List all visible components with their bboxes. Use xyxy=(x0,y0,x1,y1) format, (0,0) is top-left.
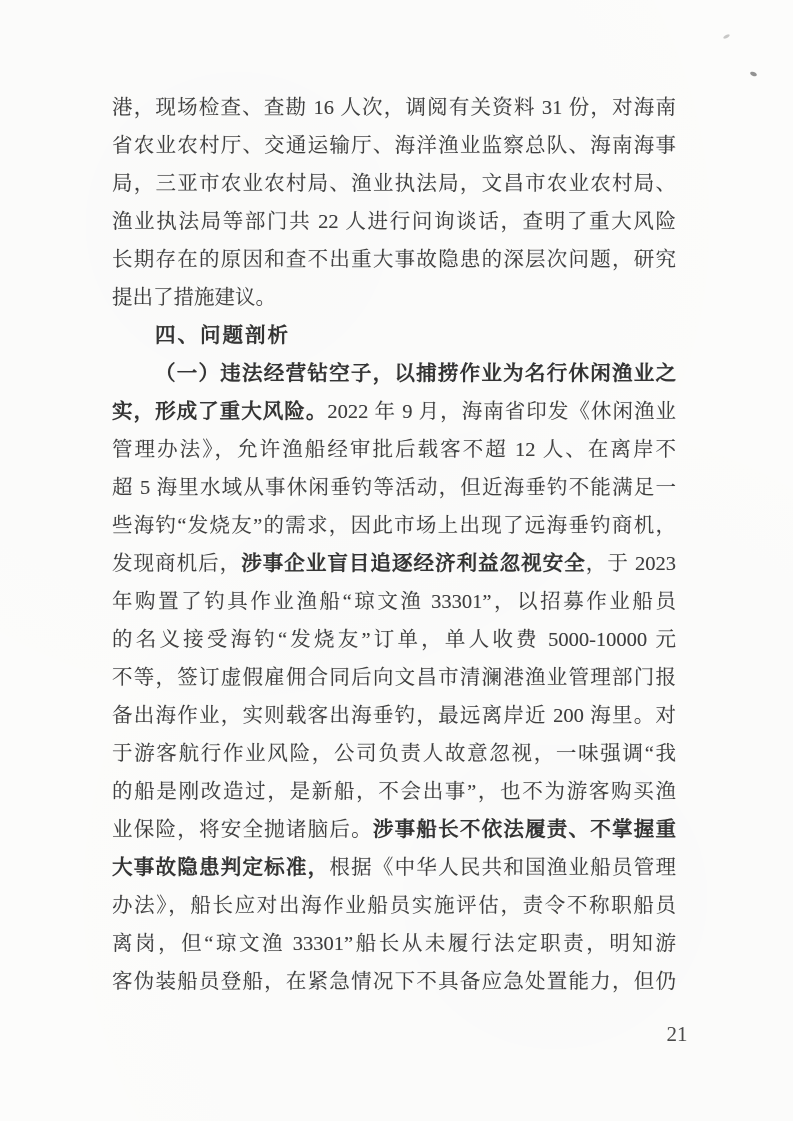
text-line: 的船是刚改造过，是新船，不会出事”，也不为游客购买渔 xyxy=(112,773,676,811)
text-line: 实，形成了重大风险。2022 年 9 月，海南省印发《休闲渔业 xyxy=(112,393,676,431)
body-text: 省农业农村厅、交通运输厅、海洋渔业监察总队、海南海事 xyxy=(112,135,676,157)
text-line: 管理办法》，允许渔船经审批后载客不超 12 人、在离岸不 xyxy=(112,431,676,469)
text-line: 大事故隐患判定标准，根据《中华人民共和国渔业船员管理 xyxy=(112,849,676,887)
scan-speck xyxy=(750,71,758,77)
body-text: 的船是刚改造过，是新船，不会出事”，也不为游客购买渔 xyxy=(112,781,676,803)
scan-speck xyxy=(723,34,731,40)
body-text: 客伪装船员登船，在紧急情况下不具备应急处置能力，但仍 xyxy=(112,971,676,993)
text-line: 提出了措施建议。 xyxy=(112,279,676,317)
text-line: 渔业执法局等部门共 22 人进行问询谈话，查明了重大风险 xyxy=(112,203,676,241)
body-text: 2022 年 9 月，海南省印发《休闲渔业 xyxy=(327,401,676,423)
text-line: 超 5 海里水域从事休闲垂钓等活动，但近海垂钓不能满足一 xyxy=(112,469,676,507)
body-text: 业保险，将安全抛诸脑后。 xyxy=(112,819,373,841)
text-line: 发现商机后，涉事企业盲目追逐经济利益忽视安全，于 2023 xyxy=(112,545,676,583)
text-line: （一）违法经营钻空子，以捕捞作业为名行休闲渔业之 xyxy=(112,355,676,393)
body-text: 长期存在的原因和查不出重大事故隐患的深层次问题，研究 xyxy=(112,249,676,271)
body-text: 的名义接受海钓“发烧友”订单，单人收费 5000-10000 元 xyxy=(112,629,676,651)
body-text: 年购置了钓具作业渔船“琼文渔 33301”，以招募作业船员 xyxy=(112,591,676,613)
emphasis-text: 四、问题剖析 xyxy=(155,324,290,347)
emphasis-text: 涉事船长不依法履责、不掌握重 xyxy=(373,818,676,841)
body-text: 管理办法》，允许渔船经审批后载客不超 12 人、在离岸不 xyxy=(112,439,676,461)
text-line: 备出海作业，实则载客出海垂钓，最远离岸近 200 海里。对 xyxy=(112,697,676,735)
text-line: 业保险，将安全抛诸脑后。涉事船长不依法履责、不掌握重 xyxy=(112,811,676,849)
body-text: 超 5 海里水域从事休闲垂钓等活动，但近海垂钓不能满足一 xyxy=(112,477,676,499)
document-page: 港，现场检查、查勘 16 人次，调阅有关资料 31 份，对海南省农业农村厅、交通… xyxy=(0,0,793,1121)
section-heading: 四、问题剖析 xyxy=(112,317,676,355)
body-text: 发现商机后， xyxy=(112,553,241,575)
text-line: 局，三亚市农业农村局、渔业执法局，文昌市农业农村局、 xyxy=(112,165,676,203)
body-text: 些海钓“发烧友”的需求，因此市场上出现了远海垂钓商机， xyxy=(112,515,676,537)
text-line: 些海钓“发烧友”的需求，因此市场上出现了远海垂钓商机， xyxy=(112,507,676,545)
text-line: 年购置了钓具作业渔船“琼文渔 33301”，以招募作业船员 xyxy=(112,583,676,621)
body-text: 根据《中华人民共和国渔业船员管理 xyxy=(329,857,676,879)
text-line: 省农业农村厅、交通运输厅、海洋渔业监察总队、海南海事 xyxy=(112,127,676,165)
emphasis-text: 涉事企业盲目追逐经济利益忽视安全 xyxy=(241,552,586,575)
body-text: 办法》，船长应对出海作业船员实施评估，责令不称职船员 xyxy=(112,895,676,917)
emphasis-text: 大事故隐患判定标准， xyxy=(112,856,329,879)
text-line: 的名义接受海钓“发烧友”订单，单人收费 5000-10000 元 xyxy=(112,621,676,659)
text-line: 长期存在的原因和查不出重大事故隐患的深层次问题，研究 xyxy=(112,241,676,279)
body-text: ，于 2023 xyxy=(586,553,676,575)
body-text: 局，三亚市农业农村局、渔业执法局，文昌市农业农村局、 xyxy=(112,173,676,195)
text-line: 港，现场检查、查勘 16 人次，调阅有关资料 31 份，对海南 xyxy=(112,89,676,127)
text-line: 客伪装船员登船，在紧急情况下不具备应急处置能力，但仍 xyxy=(112,963,676,1001)
text-line: 不等，签订虚假雇佣合同后向文昌市清澜港渔业管理部门报 xyxy=(112,659,676,697)
page-number: 21 xyxy=(657,1015,697,1053)
document-body: 港，现场检查、查勘 16 人次，调阅有关资料 31 份，对海南省农业农村厅、交通… xyxy=(112,89,676,1001)
body-text: 离岗，但“琼文渔 33301”船长从未履行法定职责，明知游 xyxy=(112,933,676,955)
text-line: 离岗，但“琼文渔 33301”船长从未履行法定职责，明知游 xyxy=(112,925,676,963)
body-text: 不等，签订虚假雇佣合同后向文昌市清澜港渔业管理部门报 xyxy=(112,667,676,689)
body-text: 港，现场检查、查勘 16 人次，调阅有关资料 31 份，对海南 xyxy=(112,97,676,119)
emphasis-text: （一）违法经营钻空子，以捕捞作业为名行休闲渔业之 xyxy=(155,362,676,385)
body-text: 渔业执法局等部门共 22 人进行问询谈话，查明了重大风险 xyxy=(112,211,676,233)
body-text: 提出了措施建议。 xyxy=(112,287,276,309)
body-text: 备出海作业，实则载客出海垂钓，最远离岸近 200 海里。对 xyxy=(112,705,676,727)
body-text: 于游客航行作业风险，公司负责人故意忽视，一味强调“我 xyxy=(112,743,676,765)
emphasis-text: 实，形成了重大风险。 xyxy=(112,400,327,423)
text-line: 于游客航行作业风险，公司负责人故意忽视，一味强调“我 xyxy=(112,735,676,773)
text-line: 办法》，船长应对出海作业船员实施评估，责令不称职船员 xyxy=(112,887,676,925)
